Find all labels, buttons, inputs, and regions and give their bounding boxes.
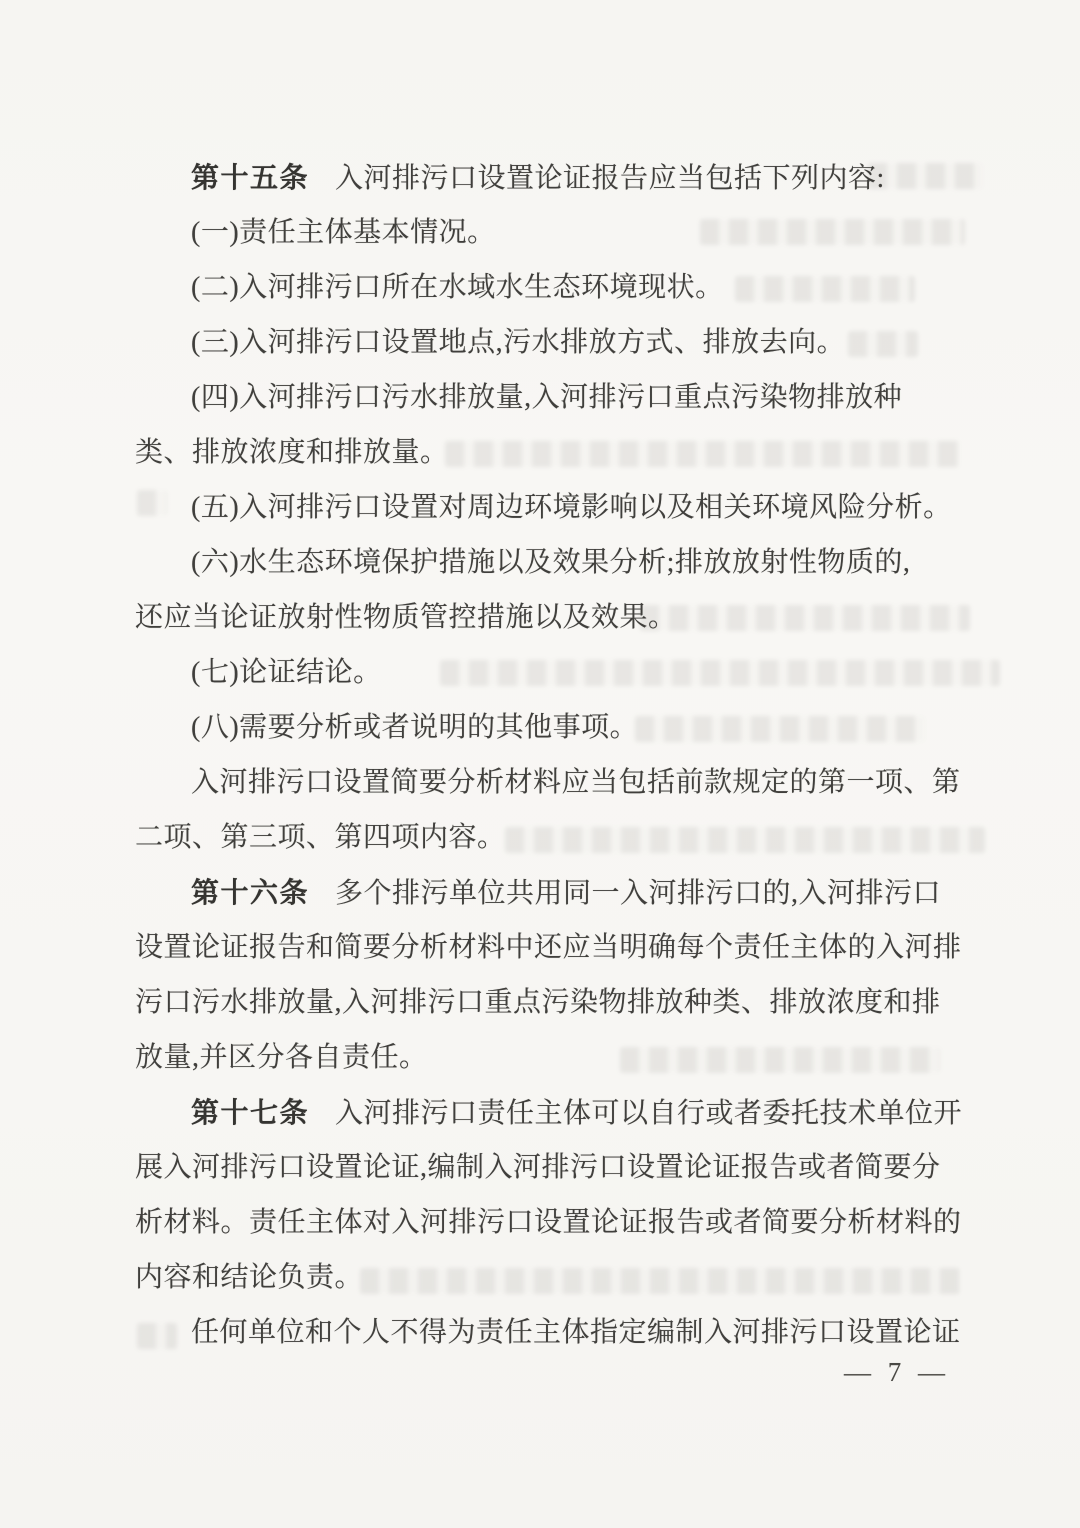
paragraph-line-item-4-cont: 类、排放浓度和排放量。 [135,425,970,480]
article-number: 第十六条 [191,877,309,908]
paragraph-line-article-16-cont: 污口污水排放量,入河排污口重点污染物排放种类、排放浓度和排 [135,975,970,1030]
line-text: (三)入河排污口设置地点,污水排放方式、排放去向。 [191,327,845,358]
paragraph-line-item-4: (四)入河排污口污水排放量,入河排污口重点污染物排放种 [135,370,970,425]
paragraph-line-article-17-cont: 内容和结论负责。 [135,1250,970,1305]
line-text: 设置论证报告和简要分析材料中还应当明确每个责任主体的入河排 [135,932,962,963]
line-text: (四)入河排污口污水排放量,入河排污口重点污染物排放种 [191,382,902,413]
page-number: — 7 — [844,1357,950,1387]
line-text: 析材料。责任主体对入河排污口设置论证报告或者简要分析材料的 [135,1207,962,1238]
paragraph-line-item-2: (二)入河排污口所在水域水生态环境现状。 [135,260,970,315]
article-number: 第十五条 [191,162,309,193]
paragraph-line-article-16-cont: 放量,并区分各自责任。 [135,1030,970,1085]
line-text: 入河排污口设置简要分析材料应当包括前款规定的第一项、第 [191,767,961,798]
line-text: 内容和结论负责。 [135,1262,363,1293]
paragraph-line-article-16-cont: 设置论证报告和简要分析材料中还应当明确每个责任主体的入河排 [135,920,970,975]
paragraph-line-article-17-cont: 析材料。责任主体对入河排污口设置论证报告或者简要分析材料的 [135,1195,970,1250]
line-text: 还应当论证放射性物质管控措施以及效果。 [135,602,677,633]
paragraph-line-article-17: 第十七条入河排污口责任主体可以自行或者委托技术单位开 [135,1085,970,1140]
line-text: (七)论证结论。 [191,657,382,688]
paragraph-line-closing: 入河排污口设置简要分析材料应当包括前款规定的第一项、第 [135,755,970,810]
paragraph-line-article-16: 第十六条多个排污单位共用同一入河排污口的,入河排污口 [135,865,970,920]
paragraph-line-item-8: (八)需要分析或者说明的其他事项。 [135,700,970,755]
paragraph-line-item-1: (一)责任主体基本情况。 [135,205,970,260]
line-text: 多个排污单位共用同一入河排污口的,入河排污口 [335,878,941,909]
line-text: 类、排放浓度和排放量。 [135,437,449,468]
line-text: (八)需要分析或者说明的其他事项。 [191,712,638,743]
paragraph-line-closing-cont: 二项、第三项、第四项内容。 [135,810,970,865]
line-text: 放量,并区分各自责任。 [135,1042,428,1073]
line-text: 展入河排污口设置论证,编制入河排污口设置论证报告或者简要分 [135,1152,941,1183]
paragraph-line-item-5: (五)入河排污口设置对周边环境影响以及相关环境风险分析。 [135,480,970,535]
line-text: (五)入河排污口设置对周边环境影响以及相关环境风险分析。 [191,492,952,523]
paragraph-line-item-6: (六)水生态环境保护措施以及效果分析;排放放射性物质的, [135,535,970,590]
document-page: 第十五条入河排污口设置论证报告应当包括下列内容: (一)责任主体基本情况。 (二… [0,0,1080,1528]
article-number: 第十七条 [191,1097,309,1128]
line-text: 二项、第三项、第四项内容。 [135,822,506,853]
document-body: 第十五条入河排污口设置论证报告应当包括下列内容: (一)责任主体基本情况。 (二… [0,150,1080,1360]
line-text: 入河排污口责任主体可以自行或者委托技术单位开 [335,1098,962,1129]
line-text: (一)责任主体基本情况。 [191,217,496,248]
line-text: 入河排污口设置论证报告应当包括下列内容: [335,163,885,194]
line-text: (六)水生态环境保护措施以及效果分析;排放放射性物质的, [191,547,910,578]
line-text: 任何单位和个人不得为责任主体指定编制入河排污口设置论证 [191,1317,961,1348]
paragraph-line-item-3: (三)入河排污口设置地点,污水排放方式、排放去向。 [135,315,970,370]
page-footer: — 7 — [844,1352,950,1392]
paragraph-line-item-7: (七)论证结论。 [135,645,970,700]
line-text: 污口污水排放量,入河排污口重点污染物排放种类、排放浓度和排 [135,987,941,1018]
paragraph-line-article-15: 第十五条入河排污口设置论证报告应当包括下列内容: [135,150,970,205]
paragraph-line-item-6-cont: 还应当论证放射性物质管控措施以及效果。 [135,590,970,645]
line-text: (二)入河排污口所在水域水生态环境现状。 [191,272,724,303]
paragraph-line-article-17-cont: 展入河排污口设置论证,编制入河排污口设置论证报告或者简要分 [135,1140,970,1195]
